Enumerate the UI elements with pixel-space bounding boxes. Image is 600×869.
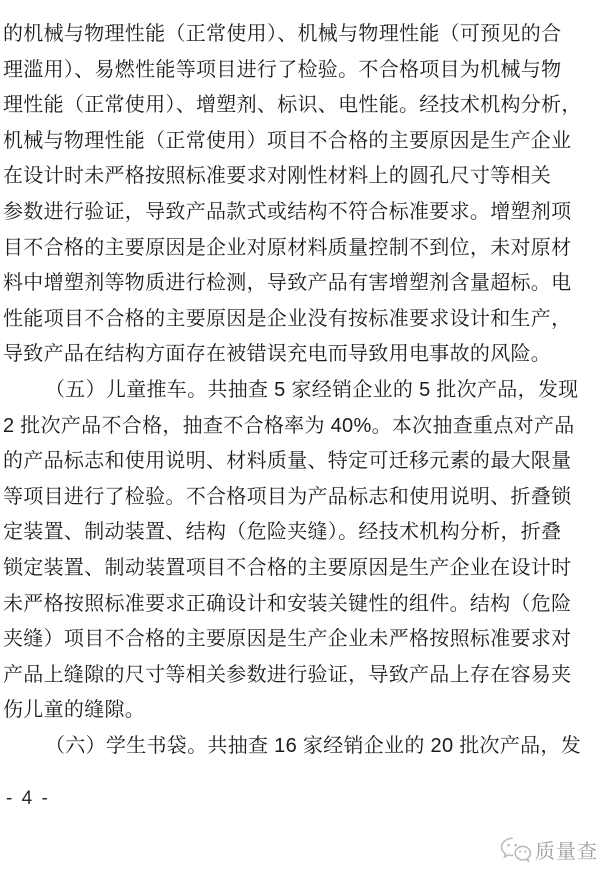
body-line: （五）儿童推车。共抽查 5 家经销企业的 5 批次产品，发现 (3, 373, 593, 409)
body-line: 目不合格的主要原因是企业对原材料质量控制不到位，未对原材 (3, 231, 593, 267)
body-line: 理滥用）、易燃性能等项目进行了检验。不合格项目为机械与物 (3, 53, 593, 89)
body-line: 伤儿童的缝隙。 (3, 693, 593, 729)
document-page: 的机械与物理性能（正常使用）、机械与物理性能（可预见的合 理滥用）、易燃性能等项… (0, 0, 600, 869)
body-line: 锁定装置、制动装置项目不合格的主要原因是生产企业在设计时 (3, 551, 593, 587)
body-line: 参数进行验证，导致产品款式或结构不符合标准要求。增塑剂项 (3, 195, 593, 231)
body-line: （六）学生书袋。共抽查 16 家经销企业的 20 批次产品，发 (3, 729, 593, 765)
page-number: - 4 - (6, 788, 50, 810)
body-line: 的产品标志和使用说明、材料质量、特定可迁移元素的最大限量 (3, 444, 593, 480)
document-body: 的机械与物理性能（正常使用）、机械与物理性能（可预见的合 理滥用）、易燃性能等项… (3, 17, 593, 764)
body-line: 产品上缝隙的尺寸等相关参数进行验证，导致产品上存在容易夹 (3, 658, 593, 694)
watermark: 质量查 (500, 835, 598, 864)
body-line: 2 批次产品不合格，抽查不合格率为 40%。本次抽查重点对产品 (3, 409, 593, 445)
body-line: 理性能（正常使用）、增塑剂、标识、电性能。经技术机构分析， (3, 88, 593, 124)
body-line: 夹缝）项目不合格的主要原因是生产企业未严格按照标准要求对 (3, 622, 593, 658)
body-line: 性能项目不合格的主要原因是企业没有按标准要求设计和生产， (3, 302, 593, 338)
body-line: 等项目进行了检验。不合格项目为产品标志和使用说明、折叠锁 (3, 480, 593, 516)
body-line: 定装置、制动装置、结构（危险夹缝）。经技术机构分析，折叠 (3, 515, 593, 551)
wechat-logo-icon (500, 836, 532, 863)
body-line: 机械与物理性能（正常使用）项目不合格的主要原因是生产企业 (3, 124, 593, 160)
body-line: 在设计时未严格按照标准要求对刚性材料上的圆孔尺寸等相关 (3, 159, 593, 195)
body-line: 料中增塑剂等物质进行检测，导致产品有害增塑剂含量超标。电 (3, 266, 593, 302)
body-line: 导致产品在结构方面存在被错误充电而导致用电事故的风险。 (3, 337, 593, 373)
watermark-label: 质量查 (535, 835, 598, 864)
body-line: 的机械与物理性能（正常使用）、机械与物理性能（可预见的合 (3, 17, 593, 53)
body-line: 未严格按照标准要求正确设计和安装关键性的组件。结构（危险 (3, 587, 593, 623)
